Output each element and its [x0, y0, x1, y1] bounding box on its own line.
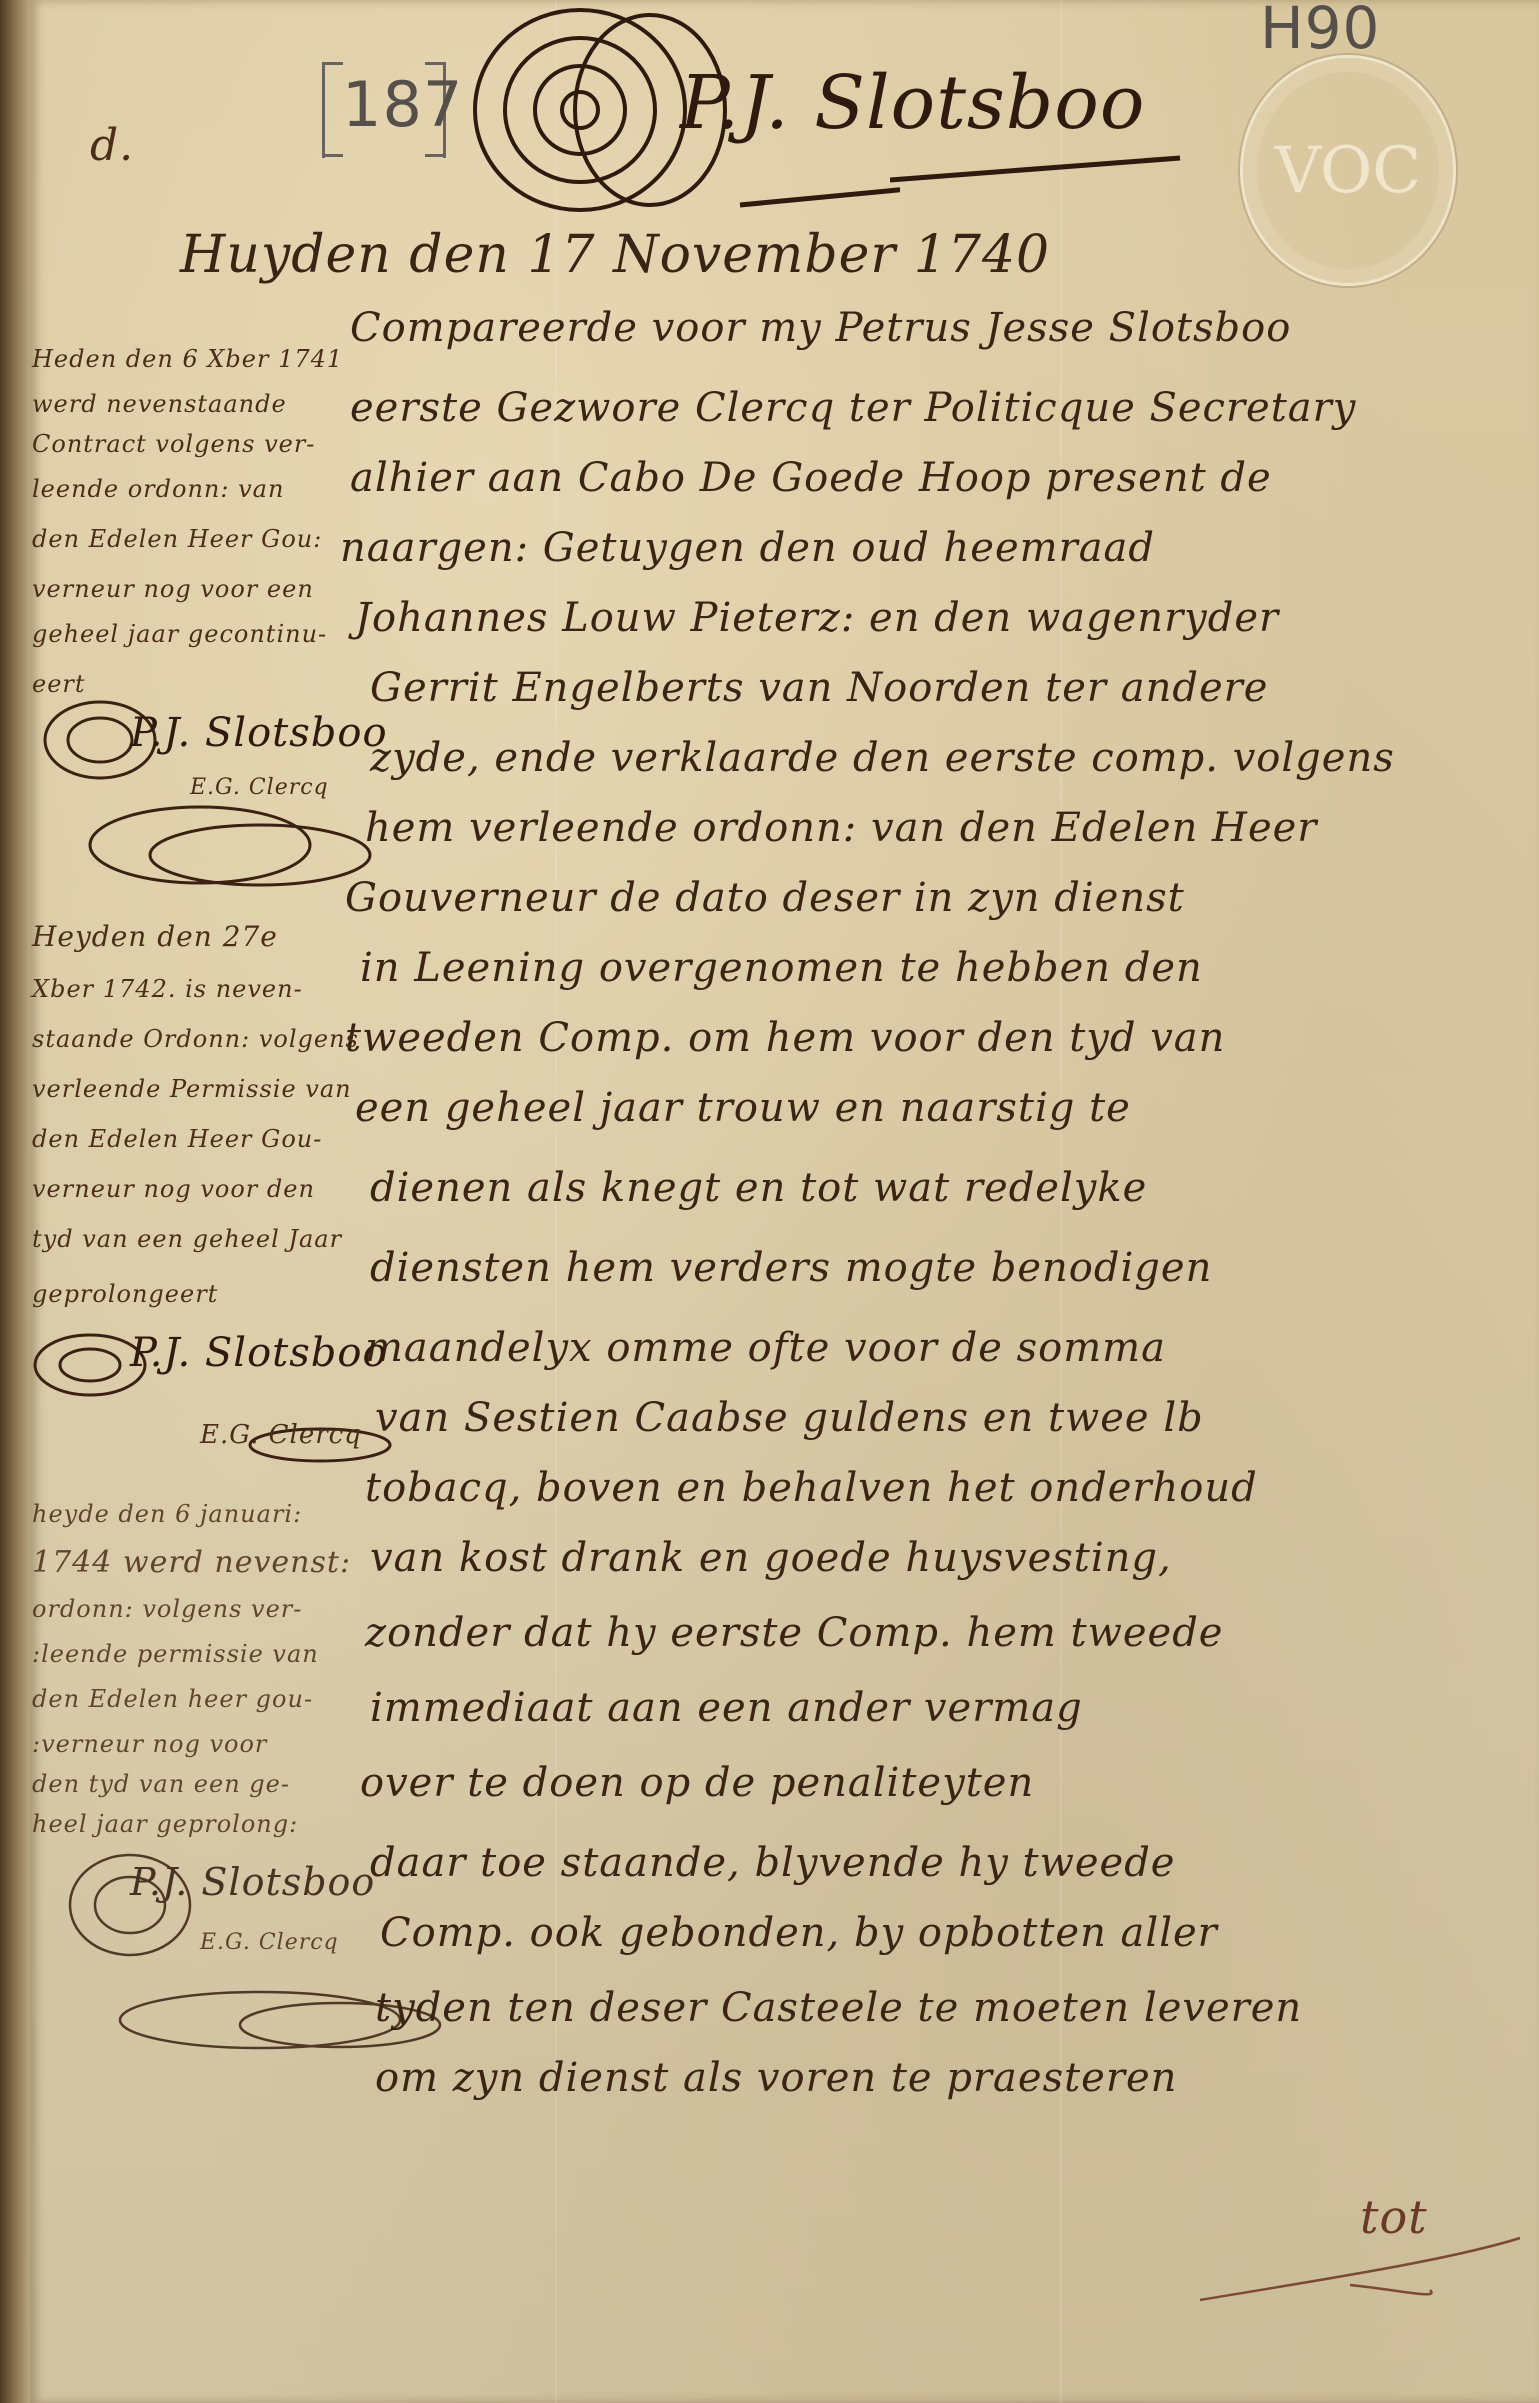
body-line: van kost drank en goede huysvesting, [370, 1535, 1172, 1581]
body-line: eerste Gezwore Clercq ter Politicque Sec… [350, 385, 1356, 431]
margin-line: Xber 1742. is neven- [32, 975, 303, 1003]
margin-line: eert [32, 670, 86, 698]
body-line: Gouverneur de dato deser in zyn dienst [345, 875, 1185, 921]
margin-line: den Edelen Heer Gou: [32, 525, 322, 553]
margin-signature: P.J. Slotsboo [130, 1860, 375, 1904]
body-line: tyden ten deser Casteele te moeten lever… [375, 1985, 1302, 2031]
body-line: tweeden Comp. om hem voor den tyd van [345, 1015, 1225, 1061]
margin-line: heel jaar geprolong: [32, 1810, 298, 1838]
date-line: Huyden den 17 November 1740 [180, 225, 1050, 285]
body-line: zyde, ende verklaarde den eerste comp. v… [370, 735, 1395, 781]
margin-signature-title: E.G. Clercq [200, 1420, 362, 1450]
margin-line: Contract volgens ver- [32, 430, 315, 458]
body-line: Compareerde voor my Petrus Jesse Slotsbo… [350, 305, 1291, 351]
body-line: in Leening overgenomen te hebben den [360, 945, 1203, 991]
body-line: maandelyx omme ofte voor de somma [365, 1325, 1166, 1371]
body-line: diensten hem verders mogte benodigen [370, 1245, 1212, 1291]
margin-line: 1744 werd nevenst: [32, 1545, 351, 1580]
catchword: tot [1360, 2190, 1428, 2244]
margin-signature-title: E.G. Clercq [200, 1930, 339, 1955]
body-line: over te doen op de penaliteyten [360, 1760, 1034, 1806]
body-line: tobacq, boven en behalven het onderhoud [365, 1465, 1258, 1511]
body-line: dienen als knegt en tot wat redelyke [370, 1165, 1147, 1211]
margin-line: :verneur nog voor [32, 1730, 267, 1758]
margin-line: den tyd van een ge- [32, 1770, 290, 1798]
margin-line: werd nevenstaande [32, 390, 287, 418]
margin-line: staande Ordonn: volgens [32, 1025, 359, 1053]
margin-line: den Edelen heer gou- [32, 1685, 313, 1713]
margin-signature: P.J. Slotsboo [130, 710, 388, 756]
margin-line: heyde den 6 januari: [32, 1500, 302, 1528]
margin-signature-title: E.G. Clercq [190, 775, 329, 800]
margin-line: Heyden den 27e [32, 920, 278, 953]
margin-line: geprolongeert [32, 1280, 218, 1308]
body-line: Gerrit Engelberts van Noorden ter andere [370, 665, 1268, 711]
body-line: immediaat aan een ander vermag [370, 1685, 1083, 1731]
body-line: hem verleende ordonn: van den Edelen Hee… [365, 805, 1317, 851]
body-line: daar toe staande, blyvende hy tweede [370, 1840, 1175, 1886]
margin-line: verleende Permissie van [32, 1075, 352, 1103]
body-line: alhier aan Cabo De Goede Hoop present de [350, 455, 1272, 501]
body-line: om zyn dienst als voren te praesteren [375, 2055, 1177, 2101]
body-line: zonder dat hy eerste Comp. hem tweede [365, 1610, 1223, 1656]
margin-line: verneur nog voor den [32, 1175, 315, 1203]
header-signature: P.J. Slotsboo [680, 60, 1145, 146]
corner-mark: d. [90, 120, 134, 171]
voc-monogram-icon: VOC [1275, 134, 1422, 208]
body-line: Johannes Louw Pieterz: en den wagenryder [355, 595, 1279, 641]
margin-line: ordonn: volgens ver- [32, 1595, 302, 1623]
folio-number: 187 [342, 68, 463, 141]
margin-line: tyd van een geheel Jaar [32, 1225, 342, 1253]
margin-line: geheel jaar gecontinu- [32, 620, 327, 648]
body-line: Comp. ook gebonden, by opbotten aller [380, 1910, 1218, 1956]
body-line: een geheel jaar trouw en naarstig te [355, 1085, 1131, 1131]
embossed-seal: VOC [1240, 55, 1456, 286]
margin-line: Heden den 6 Xber 1741 [32, 345, 343, 373]
margin-line: leende ordonn: van [32, 475, 284, 503]
margin-line: den Edelen Heer Gou- [32, 1125, 322, 1153]
body-line: van Sestien Caabse guldens en twee lb [375, 1395, 1204, 1441]
margin-signature: P.J. Slotsboo [130, 1330, 388, 1376]
margin-line: verneur nog voor een [32, 575, 314, 603]
pencil-inventory-number: H90 [1260, 0, 1380, 62]
margin-line: :leende permissie van [32, 1640, 319, 1668]
book-spine [0, 0, 34, 2403]
body-line: naargen: Getuygen den oud heemraad [340, 525, 1155, 571]
